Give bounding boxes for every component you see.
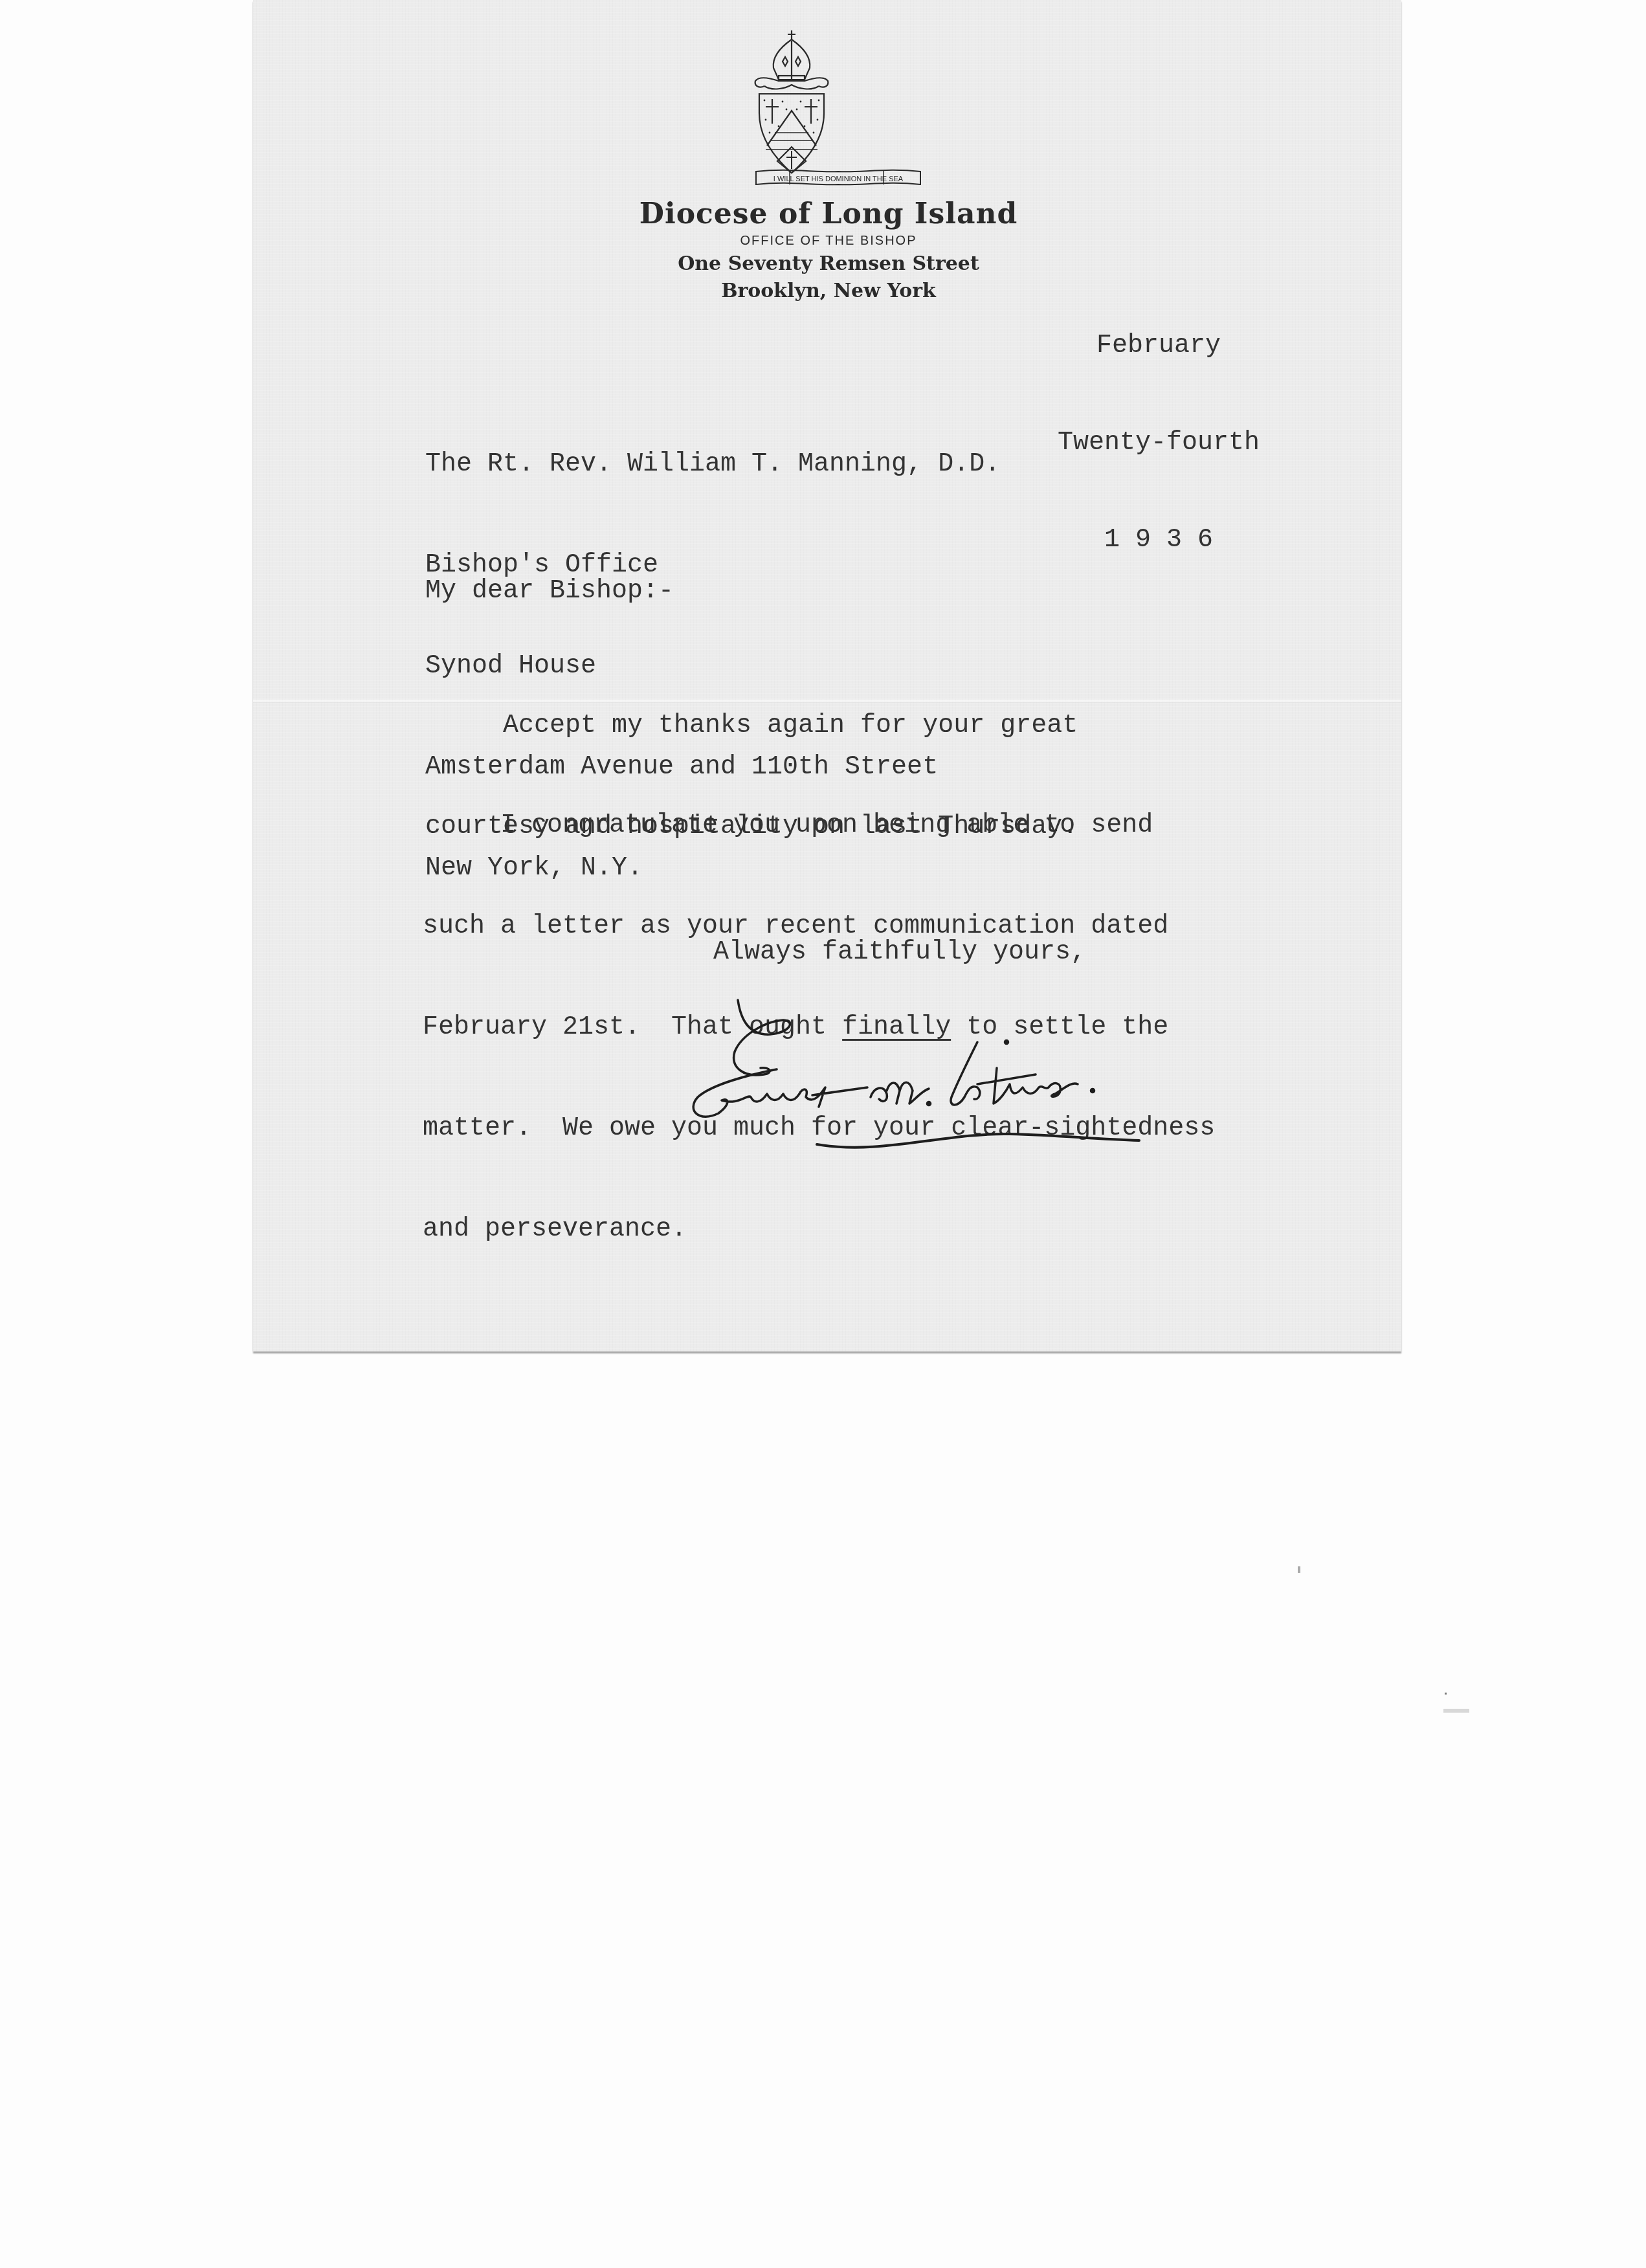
motto-banner: I WILL SET HIS DOMINION IN THE SEA [751, 165, 926, 191]
org-name: Diocese of Long Island [583, 197, 1074, 231]
office-label: OFFICE OF THE BISHOP [583, 231, 1074, 250]
date-day: Twenty-fourth [1049, 427, 1269, 460]
recipient-line: The Rt. Rev. William T. Manning, D.D. [425, 448, 1000, 482]
body-line: Accept my thanks again for your great [425, 709, 1078, 743]
motto-text: I WILL SET HIS DOMINION IN THE SEA [773, 175, 904, 183]
scan-speck [1298, 1566, 1300, 1573]
scan-speck [1443, 1709, 1469, 1713]
date-month: February [1049, 330, 1269, 362]
date-year: 1 9 3 6 [1049, 524, 1269, 557]
body-line: I congratulate you upon being able to se… [423, 809, 1215, 843]
closing: Always faithfully yours, [713, 936, 1086, 970]
letterhead: Diocese of Long Island OFFICE OF THE BIS… [583, 197, 1074, 305]
body-line: and perseverance. [423, 1213, 1215, 1247]
address-line-2: Brooklyn, New York [583, 278, 1074, 305]
salutation: My dear Bishop:- [425, 575, 674, 608]
address-line-1: One Seventy Remsen Street [583, 250, 1074, 278]
scan-speck [1445, 1693, 1447, 1695]
letter-date: February Twenty-fourth 1 9 3 6 [1049, 265, 1269, 589]
signature: Ernest M. Stires [673, 971, 1243, 1152]
